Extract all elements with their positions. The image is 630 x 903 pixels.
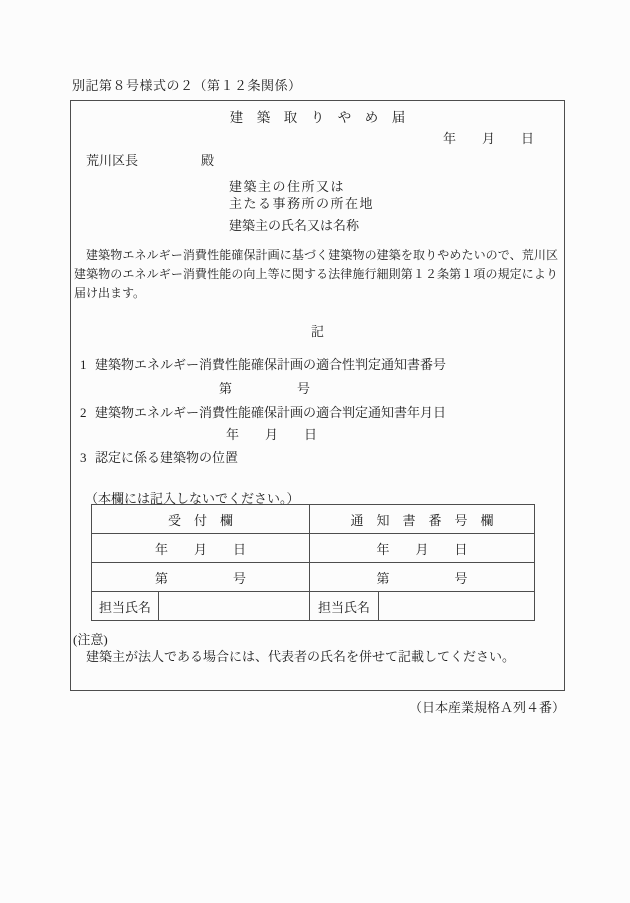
builder-name-label: 建築主の氏名又は名称 <box>229 217 374 234</box>
office-table-staff-row: 担当氏名 担当氏名 <box>92 592 535 621</box>
notice-number-column-header: 通 知 書 番 号 欄 <box>310 505 535 534</box>
item-1-number: 1 <box>80 357 95 373</box>
form-number-label: 別記第８号様式の２（第１２条関係） <box>72 75 302 94</box>
notice-staff-label-cell: 担当氏名 <box>310 592 379 621</box>
reception-number-cell: 第 号 <box>92 563 310 592</box>
item-2-label: 建築物エネルギー消費性能確保計画の適合判定通知書年月日 <box>95 405 446 420</box>
reception-date-cell: 年 月 日 <box>92 534 310 563</box>
reception-column-header: 受 付 欄 <box>92 505 310 534</box>
item-1-row: 1建築物エネルギー消費性能確保計画の適合性判定通知書番号 <box>80 354 446 373</box>
builder-address-label-1: 建築主の住所又は <box>229 178 374 195</box>
item-1-value-line: 第 号 <box>219 378 310 397</box>
item-1-label: 建築物エネルギー消費性能確保計画の適合性判定通知書番号 <box>95 357 446 372</box>
notation-heading: 記 <box>71 321 564 340</box>
date-line: 年 月 日 <box>443 128 534 147</box>
builder-address-label-2: 主たる事務所の所在地 <box>229 195 374 212</box>
reception-staff-label-cell: 担当氏名 <box>92 592 159 621</box>
form-title: 建 築 取 り や め 届 <box>71 106 564 126</box>
form-border-box: 建 築 取 り や め 届 年 月 日 荒川区長殿 建築主の住所又は 主たる事務… <box>70 100 565 691</box>
office-table: 受 付 欄 通 知 書 番 号 欄 年 月 日 年 月 日 第 号 第 号 担当… <box>91 504 535 621</box>
reception-staff-value-cell <box>159 592 310 621</box>
document-page: 別記第８号様式の２（第１２条関係） 建 築 取 り や め 届 年 月 日 荒川… <box>0 0 630 903</box>
office-table-date-row: 年 月 日 年 月 日 <box>92 534 535 563</box>
builder-info-block: 建築主の住所又は 主たる事務所の所在地 建築主の氏名又は名称 <box>229 178 374 234</box>
notice-number-cell: 第 号 <box>310 563 535 592</box>
notice-staff-value-cell <box>379 592 535 621</box>
addressee-line: 荒川区長殿 <box>86 150 214 169</box>
body-paragraph: 建築物エネルギー消費性能確保計画に基づく建築物の建築を取りやめたいので、荒川区建… <box>74 246 558 303</box>
office-table-number-row: 第 号 第 号 <box>92 563 535 592</box>
item-2-row: 2建築物エネルギー消費性能確保計画の適合判定通知書年月日 <box>80 402 446 421</box>
notice-date-cell: 年 月 日 <box>310 534 535 563</box>
office-table-header-row: 受 付 欄 通 知 書 番 号 欄 <box>92 505 535 534</box>
addressee-name: 荒川区長 <box>86 153 138 168</box>
honorific-label: 殿 <box>201 150 214 169</box>
item-3-label: 認定に係る建築物の位置 <box>95 450 238 465</box>
item-2-number: 2 <box>80 405 95 421</box>
item-2-value-line: 年 月 日 <box>226 424 317 443</box>
caution-text: 建築主が法人である場合には、代表者の氏名を併せて記載してください。 <box>86 646 515 665</box>
paper-size-note: （日本産業規格Ａ列４番） <box>409 697 565 716</box>
item-3-number: 3 <box>80 450 95 466</box>
item-3-row: 3認定に係る建築物の位置 <box>80 447 238 466</box>
